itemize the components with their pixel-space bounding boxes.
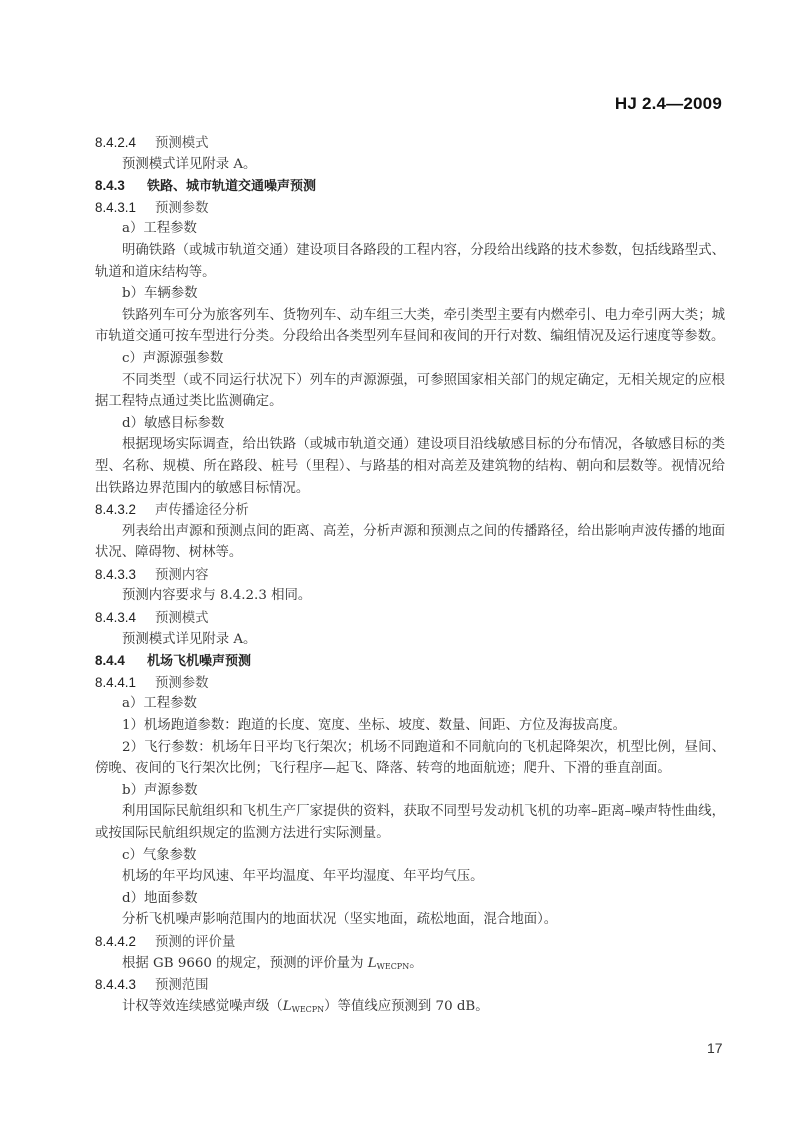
heading-title: 预测模式: [155, 136, 209, 151]
paragraph: 2）飞行参数：机场年日平均飞行架次；机场不同跑道和不同航向的飞机起降架次，机型比…: [95, 737, 725, 780]
heading-8-4-4-2: 8.4.4.2预测的评价量: [95, 931, 725, 953]
list-label-d: d）地面参数: [95, 888, 725, 910]
list-label-a: a）工程参数: [95, 693, 725, 715]
heading-8-4-4-1: 8.4.4.1预测参数: [95, 672, 725, 694]
heading-number: 8.4.3.4: [95, 607, 155, 629]
list-label-b: b）声源参数: [95, 780, 725, 802]
paragraph: 机场的年平均风速、年平均温度、年平均湿度、年平均气压。: [95, 866, 725, 888]
paragraph: 预测模式详见附录 A。: [95, 629, 725, 651]
list-label-b: b）车辆参数: [95, 283, 725, 305]
heading-title: 预测模式: [155, 611, 209, 626]
heading-title: 铁路、城市轨道交通噪声预测: [147, 179, 316, 194]
heading-8-4-3-4: 8.4.3.4预测模式: [95, 607, 725, 629]
heading-number: 8.4.3.2: [95, 499, 155, 521]
list-label-c: c）气象参数: [95, 845, 725, 867]
heading-title: 机场飞机噪声预测: [147, 654, 251, 669]
symbol-subscript: WECPN: [292, 1005, 325, 1014]
heading-title: 声传播途径分析: [155, 503, 249, 518]
list-label-c: c）声源源强参数: [95, 348, 725, 370]
list-label-d: d）敏感目标参数: [95, 413, 725, 435]
text: 根据 GB 9660 的规定，预测的评价量为: [122, 956, 368, 971]
heading-number: 8.4.3: [95, 175, 147, 197]
heading-number: 8.4.2.4: [95, 132, 155, 154]
heading-8-4-3-3: 8.4.3.3预测内容: [95, 564, 725, 586]
paragraph: 分析飞机噪声影响范围内的地面状况（坚实地面，疏松地面，混合地面）。: [95, 909, 725, 931]
paragraph: 利用国际民航组织和飞机生产厂家提供的资料，获取不同型号发动机飞机的功率–距离–噪…: [95, 801, 725, 844]
heading-number: 8.4.3.3: [95, 564, 155, 586]
paragraph: 计权等效连续感觉噪声级（LWECPN）等值线应预测到 70 dB。: [95, 996, 725, 1018]
heading-title: 预测范围: [155, 978, 209, 993]
paragraph: 1）机场跑道参数：跑道的长度、宽度、坐标、坡度、数量、间距、方位及海拔高度。: [95, 715, 725, 737]
paragraph: 铁路列车可分为旅客列车、货物列车、动车组三大类，牵引类型主要有内燃牵引、电力牵引…: [95, 305, 725, 348]
text: 。: [409, 956, 422, 971]
page-number: 17: [707, 1040, 723, 1056]
heading-number: 8.4.4: [95, 650, 147, 672]
paragraph: 根据现场实际调查，给出铁路（或城市轨道交通）建设项目沿线敏感目标的分布情况，各敏…: [95, 434, 725, 499]
heading-8-4-4-3: 8.4.4.3预测范围: [95, 974, 725, 996]
standard-code-header: HJ 2.4—2009: [615, 94, 722, 114]
heading-title: 预测的评价量: [155, 935, 235, 950]
paragraph: 列表给出声源和预测点间的距离、高差，分析声源和预测点之间的传播路径，给出影响声波…: [95, 521, 725, 564]
text: ）等值线应预测到 70 dB。: [324, 999, 488, 1014]
paragraph: 预测内容要求与 8.4.2.3 相同。: [95, 585, 725, 607]
paragraph: 明确铁路（或城市轨道交通）建设项目各路段的工程内容，分段给出线路的技术参数，包括…: [95, 240, 725, 283]
heading-8-4-3-1: 8.4.3.1预测参数: [95, 197, 725, 219]
heading-8-4-3: 8.4.3铁路、城市轨道交通噪声预测: [95, 175, 725, 197]
heading-8-4-2-4: 8.4.2.4预测模式: [95, 132, 725, 154]
paragraph: 根据 GB 9660 的规定，预测的评价量为 LWECPN。: [95, 953, 725, 975]
paragraph: 预测模式详见附录 A。: [95, 154, 725, 176]
heading-title: 预测参数: [155, 676, 209, 691]
heading-8-4-4: 8.4.4机场飞机噪声预测: [95, 650, 725, 672]
list-label-a: a）工程参数: [95, 218, 725, 240]
heading-title: 预测参数: [155, 201, 209, 216]
heading-title: 预测内容: [155, 568, 209, 583]
heading-number: 8.4.4.1: [95, 672, 155, 694]
text: 计权等效连续感觉噪声级（: [122, 999, 283, 1014]
heading-number: 8.4.3.1: [95, 197, 155, 219]
heading-number: 8.4.4.2: [95, 931, 155, 953]
symbol: L: [368, 956, 377, 971]
heading-8-4-3-2: 8.4.3.2声传播途径分析: [95, 499, 725, 521]
paragraph: 不同类型（或不同运行状况下）列车的声源源强，可参照国家相关部门的规定确定，无相关…: [95, 370, 725, 413]
document-body: 8.4.2.4预测模式 预测模式详见附录 A。 8.4.3铁路、城市轨道交通噪声…: [95, 132, 725, 1017]
symbol-subscript: WECPN: [377, 962, 410, 971]
heading-number: 8.4.4.3: [95, 974, 155, 996]
symbol: L: [283, 999, 292, 1014]
